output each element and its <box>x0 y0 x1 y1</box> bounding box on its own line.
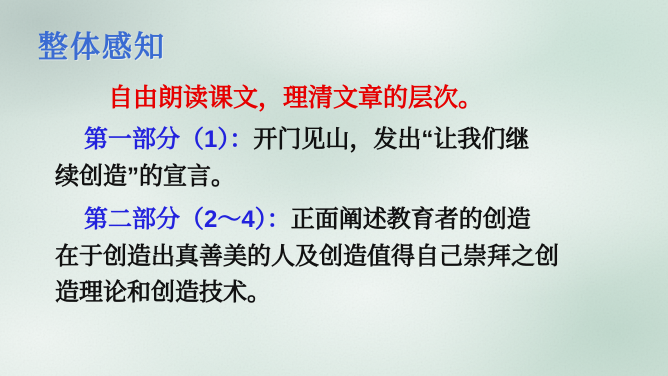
section1-text-line1: 开门见山，发出“让我们继 <box>253 126 529 153</box>
intro-line: 自由朗读课文，理清文章的层次。 <box>108 86 483 111</box>
section1-line1: 第一部分（1）：开门见山，发出“让我们继 <box>84 128 529 152</box>
section2-text-line2: 在于创造出真善美的人及创造值得自己崇拜之创 <box>55 245 559 269</box>
presentation-slide: 整体感知 自由朗读课文，理清文章的层次。 第一部分（1）：开门见山，发出“让我们… <box>0 0 668 376</box>
section1-label: 第一部分（1）： <box>84 126 253 153</box>
section2-label: 第二部分（2～4）： <box>84 206 291 233</box>
section1-text-line2: 续创造”的宣言。 <box>55 165 235 189</box>
section2-text-line3: 造理论和创造技术。 <box>55 281 271 305</box>
section2-line1: 第二部分（2～4）：正面阐述教育者的创造 <box>84 208 531 232</box>
slide-title: 整体感知 <box>38 33 166 63</box>
section2-text-line1: 正面阐述教育者的创造 <box>291 206 531 233</box>
